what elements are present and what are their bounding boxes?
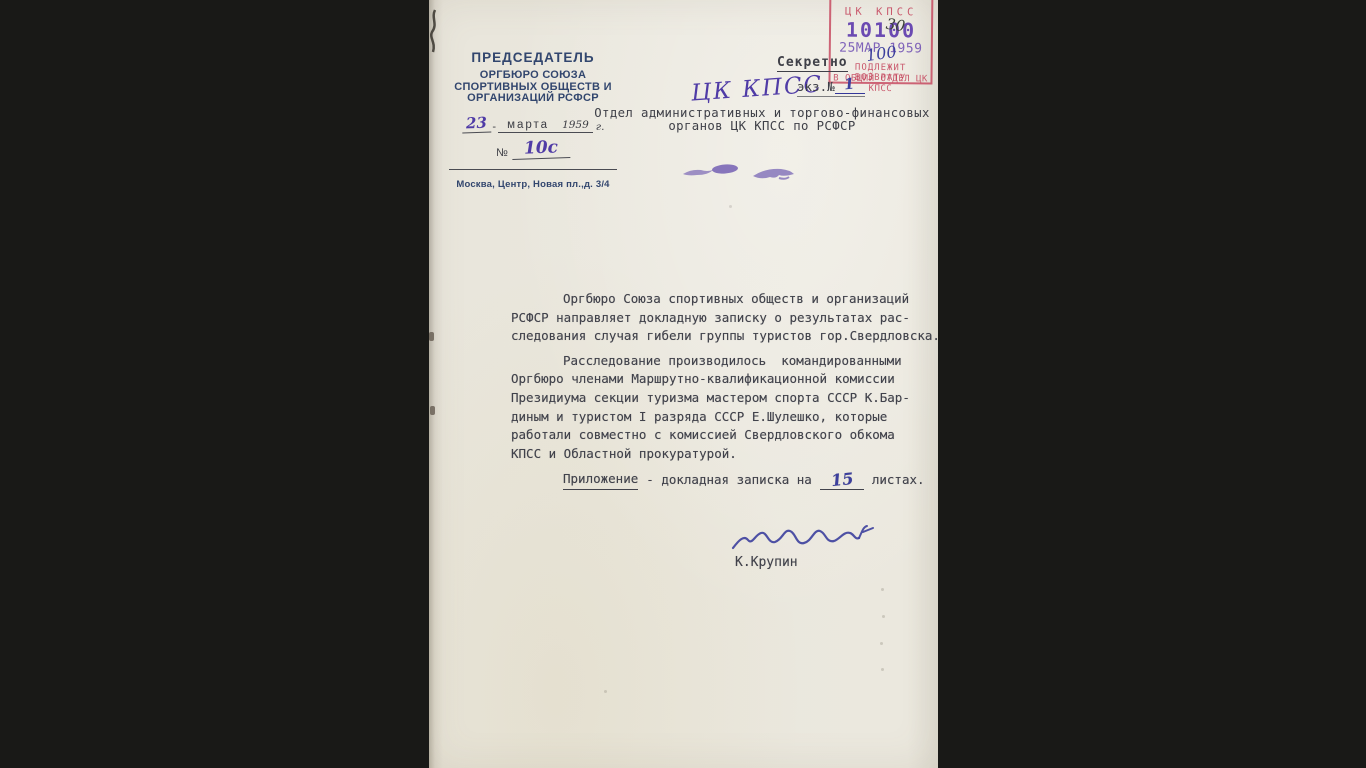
letterhead-address: Москва, Центр, Новая пл.,д. 3/4 (441, 179, 625, 190)
attachment-suffix: листах. (872, 471, 925, 490)
recipient-dept-line: органов ЦК КПСС по РСФСР (592, 120, 932, 133)
body-line: Расследование производилось командирован… (511, 352, 947, 371)
handwritten-note-30: 30 (885, 15, 906, 35)
handwritten-doc-number: 10с (512, 136, 571, 159)
letterhead-org: ОРГБЮРО СОЮЗА СПОРТИВНЫХ ОБЩЕСТВ И ОРГАН… (441, 70, 625, 105)
signatory-name: К.Крупин (735, 555, 798, 570)
body-line: работали совместно с комиссией Свердловс… (511, 426, 947, 445)
stamp-org-line: ЦК КПСС (831, 5, 931, 18)
screenshot-root: { "document": { "letterhead": { "title":… (0, 0, 1366, 768)
printed-date-year: 1959 (558, 119, 593, 133)
body-line: следования случая гибели группы туристов… (511, 327, 947, 346)
paragraph: Расследование производилось командирован… (511, 352, 947, 464)
stamp-registration-number: 10100 (831, 17, 931, 42)
binding-mark (429, 332, 434, 341)
attachment-label: Приложение (563, 470, 638, 490)
ink-smudge (681, 158, 809, 188)
body-line: Оргбюро Союза спортивных обществ и орган… (511, 290, 947, 309)
letterhead-org-line: ОРГБЮРО СОЮЗА (441, 70, 625, 82)
body-line: РСФСР направляет докладную записку о рез… (511, 309, 947, 328)
handwritten-page-count: 15 (830, 470, 854, 491)
binding-mark (430, 406, 435, 415)
body-line: Оргбюро членами Маршрутно-квалификационн… (511, 370, 947, 389)
copy-number-line: экз.№ 1 (797, 75, 865, 97)
recipient-department: Отдел административных и торгово-финансо… (592, 107, 932, 133)
copy-number-label: экз.№ (797, 79, 835, 94)
date-dash: - (492, 121, 496, 133)
body-line: КПСС и Областной прокуратурой. (511, 445, 947, 464)
paper-speck (604, 690, 607, 693)
paper-tear (426, 8, 444, 58)
letterhead-title: ПРЕДСЕДАТЕЛЬ (441, 50, 625, 65)
letterhead-divider (449, 169, 617, 170)
typed-date-month: марта (498, 119, 558, 133)
copy-number-slot: 1 (835, 75, 865, 94)
paragraph: Оргбюро Союза спортивных обществ и орган… (511, 290, 947, 346)
body-line: Президиума секции туризма мастером спорт… (511, 389, 947, 408)
letterhead-org-line: ОРГАНИЗАЦИЙ РСФСР (441, 93, 625, 105)
secrecy-marking: Секретно (777, 55, 848, 72)
letterhead-number-line: № 10с (441, 138, 625, 159)
scanned-document-page: ПРЕДСЕДАТЕЛЬ ОРГБЮРО СОЮЗА СПОРТИВНЫХ ОБ… (429, 0, 938, 768)
body-line: диным и туристом I разряда СССР Е.Шулешк… (511, 408, 947, 427)
letter-body: Оргбюро Союза спортивных обществ и орган… (511, 290, 947, 490)
attachment-line: Приложение - докладная записка на 15 лис… (511, 469, 947, 490)
attachment-text: - докладная записка на (646, 471, 812, 490)
paper-speck (729, 205, 732, 208)
number-sign-label: № (496, 147, 508, 159)
attachment-pages-slot: 15 (820, 469, 864, 490)
handwritten-copy-number: 1 (844, 75, 856, 94)
handwritten-date-day: 23 (461, 113, 491, 133)
